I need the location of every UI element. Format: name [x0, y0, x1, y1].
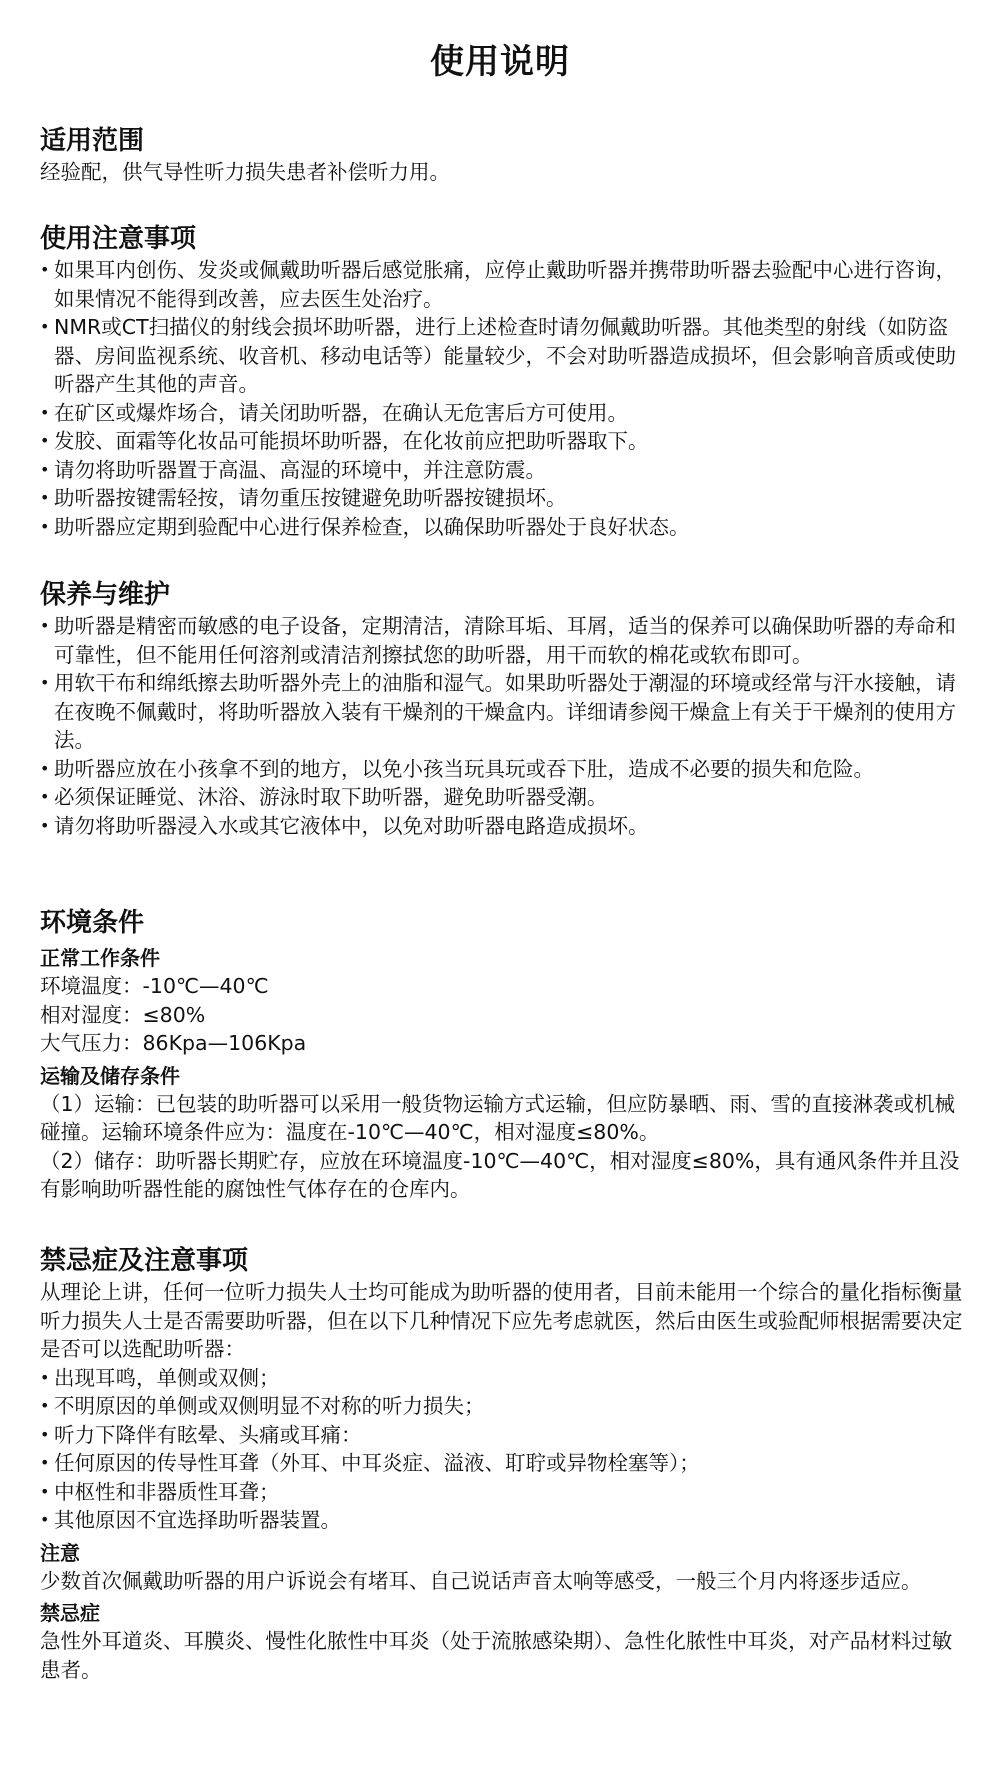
section-scope: 适用范围 经验配，供气导性听力损失患者补偿听力用。: [40, 124, 970, 187]
list-item: 助听器应放在小孩拿不到的地方，以免小孩当玩具玩或吞下肚，造成不必要的损失和危险。: [40, 755, 970, 784]
list-item: 发胶、面霜等化妆品可能损坏助听器，在化妆前应把助听器取下。: [40, 427, 970, 456]
list-item: 助听器是精密而敏感的电子设备，定期清洁，清除耳垢、耳屑，适当的保养可以确保助听器…: [40, 612, 970, 669]
bullet-list: 出现耳鸣，单侧或双侧； 不明原因的单侧或双侧明显不对称的听力损失； 听力下降伴有…: [40, 1364, 970, 1535]
subsection-heading: 注意: [40, 1539, 970, 1567]
bullet-list: 助听器是精密而敏感的电子设备，定期清洁，清除耳垢、耳屑，适当的保养可以确保助听器…: [40, 612, 970, 840]
section-heading: 适用范围: [40, 124, 970, 158]
condition-humidity: 相对湿度：≤80%: [40, 1001, 970, 1030]
list-item: 不明原因的单侧或双侧明显不对称的听力损失；: [40, 1392, 970, 1421]
section-precautions: 使用注意事项 如果耳内创伤、发炎或佩戴助听器后感觉胀痛，应停止戴助听器并携带助听…: [40, 222, 970, 541]
list-item: 请勿将助听器置于高温、高湿的环境中，并注意防震。: [40, 456, 970, 485]
subsection-heading: 运输及储存条件: [40, 1062, 970, 1090]
condition-pressure: 大气压力：86Kpa—106Kpa: [40, 1029, 970, 1058]
list-item: 如果耳内创伤、发炎或佩戴助听器后感觉胀痛，应停止戴助听器并携带助听器去验配中心进…: [40, 256, 970, 313]
section-environment: 环境条件 正常工作条件 环境温度：-10℃—40℃ 相对湿度：≤80% 大气压力…: [40, 906, 970, 1204]
contraindication-text: 急性外耳道炎、耳膜炎、慢性化脓性中耳炎（处于流脓感染期）、急性化脓性中耳炎，对产…: [40, 1627, 970, 1684]
storage-paragraph: （2）储存：助听器长期贮存，应放在环境温度-10℃—40℃，相对湿度≤80%，具…: [40, 1147, 970, 1204]
list-item: 中枢性和非器质性耳聋；: [40, 1478, 970, 1507]
subsection-heading: 正常工作条件: [40, 944, 970, 972]
list-item: 助听器应定期到验配中心进行保养检查，以确保助听器处于良好状态。: [40, 513, 970, 542]
list-item: 任何原因的传导性耳聋（外耳、中耳炎症、溢液、耵聍或异物栓塞等）；: [40, 1449, 970, 1478]
list-item: 其他原因不宜选择助听器装置。: [40, 1506, 970, 1535]
list-item: 用软干布和绵纸擦去助听器外壳上的油脂和湿气。如果助听器处于潮湿的环境或经常与汗水…: [40, 669, 970, 755]
section-maintenance: 保养与维护 助听器是精密而敏感的电子设备，定期清洁，清除耳垢、耳屑，适当的保养可…: [40, 578, 970, 840]
transport-paragraph: （1）运输：已包装的助听器可以采用一般货物运输方式运输，但应防暴晒、雨、雪的直接…: [40, 1090, 970, 1147]
condition-temperature: 环境温度：-10℃—40℃: [40, 972, 970, 1001]
section-heading: 使用注意事项: [40, 222, 970, 256]
section-heading: 禁忌症及注意事项: [40, 1244, 970, 1278]
section-heading: 保养与维护: [40, 578, 970, 612]
note-text: 少数首次佩戴助听器的用户诉说会有堵耳、自己说话声音太响等感受，一般三个月内将逐步…: [40, 1567, 970, 1596]
section-heading: 环境条件: [40, 906, 970, 940]
list-item: 请勿将助听器浸入水或其它液体中，以免对助听器电路造成损坏。: [40, 812, 970, 841]
section-contraindications: 禁忌症及注意事项 从理论上讲，任何一位听力损失人士均可能成为助听器的使用者，目前…: [40, 1244, 970, 1684]
section-intro: 从理论上讲，任何一位听力损失人士均可能成为助听器的使用者，目前未能用一个综合的量…: [40, 1278, 970, 1364]
list-item: 助听器按键需轻按，请勿重压按键避免助听器按键损坏。: [40, 484, 970, 513]
list-item: 必须保证睡觉、沐浴、游泳时取下助听器，避免助听器受潮。: [40, 783, 970, 812]
list-item: 在矿区或爆炸场合，请关闭助听器，在确认无危害后方可使用。: [40, 399, 970, 428]
list-item: 出现耳鸣，单侧或双侧；: [40, 1364, 970, 1393]
list-item: 听力下降伴有眩晕、头痛或耳痛：: [40, 1421, 970, 1450]
subsection-heading: 禁忌症: [40, 1599, 970, 1627]
section-text: 经验配，供气导性听力损失患者补偿听力用。: [40, 158, 970, 187]
list-item: NMR或CT扫描仪的射线会损坏助听器，进行上述检查时请勿佩戴助听器。其他类型的射…: [40, 313, 970, 399]
bullet-list: 如果耳内创伤、发炎或佩戴助听器后感觉胀痛，应停止戴助听器并携带助听器去验配中心进…: [40, 256, 970, 541]
page-title: 使用说明: [0, 40, 1000, 84]
